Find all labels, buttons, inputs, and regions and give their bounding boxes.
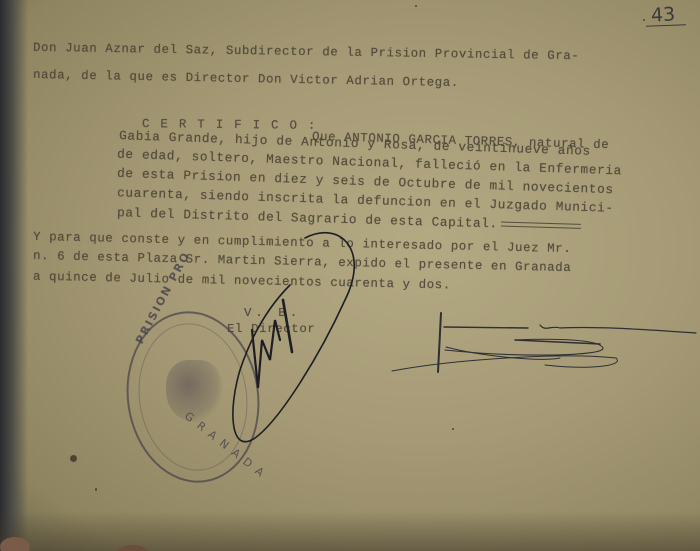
subdirector-signature-icon xyxy=(392,313,696,372)
folio-number: 43 xyxy=(650,3,675,26)
paper-blemish xyxy=(452,428,454,430)
signatory-label: El Director xyxy=(227,322,315,336)
paper-blemish xyxy=(70,455,77,462)
paper-blemish xyxy=(415,5,417,7)
page-edge-shadow xyxy=(0,0,28,551)
document-page: 43 Don Juan Aznar del Saz, Subdirector d… xyxy=(0,0,700,551)
header-line-1: Don Juan Aznar del Saz, Subdirector de l… xyxy=(33,41,580,64)
finger-edge xyxy=(0,537,30,551)
closing-line-3: a quince de Julio de mil novecientos cua… xyxy=(33,270,451,293)
line-filler-dash xyxy=(501,222,581,229)
folio-underline xyxy=(646,24,686,26)
approval-mark: V. B. xyxy=(244,306,301,320)
paper-blemish xyxy=(643,19,645,21)
paper-blemish xyxy=(95,488,97,491)
page-bottom-shadow xyxy=(0,511,700,551)
header-line-2: nada, de la que es Director Don Victor A… xyxy=(33,68,459,90)
